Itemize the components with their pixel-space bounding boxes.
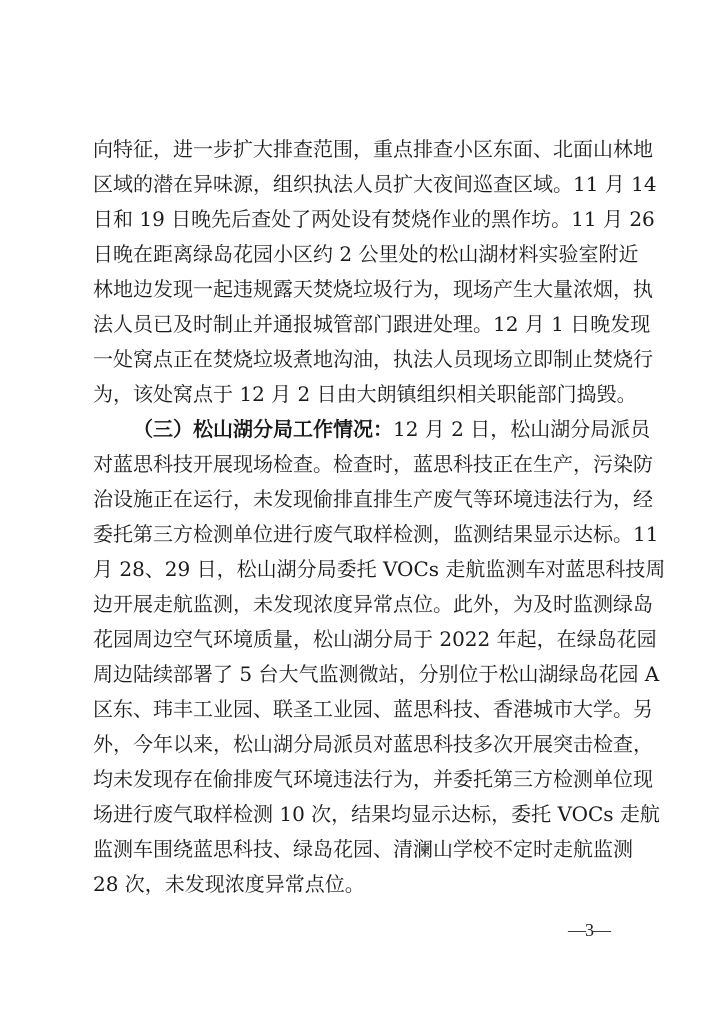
text-line: 日晚在距离绿岛花园小区约 2 公里处的松山湖材料实验室附近 [93, 237, 626, 272]
text-line: 日和 19 日晚先后查处了两处设有焚烧作业的黑作坊。11 月 26 [93, 202, 626, 237]
text-line: 区域的潜在异味源，组织执法人员扩大夜间巡查区域。11 月 14 [93, 167, 626, 202]
page-number: —3— [568, 920, 610, 941]
text-line: 周边陆续部署了 5 台大气监测微站，分别位于松山湖绿岛花园 A [93, 657, 626, 692]
text-line: 区东、玮丰工业园、联圣工业园、蓝思科技、香港城市大学。另 [93, 692, 626, 727]
text-line: 均未发现存在偷排废气环境违法行为，并委托第三方检测单位现 [93, 762, 626, 797]
text-line: 28 次，未发现浓度异常点位。 [93, 867, 626, 902]
text-line: 监测车围绕蓝思科技、绿岛花园、清澜山学校不定时走航监测 [93, 832, 626, 867]
text-line: 林地边发现一起违规露天焚烧垃圾行为，现场产生大量浓烟，执 [93, 272, 626, 307]
body-text: 向特征，进一步扩大排查范围，重点排查小区东面、北面山林地 区域的潜在异味源，组织… [93, 132, 626, 902]
text-line: 向特征，进一步扩大排查范围，重点排查小区东面、北面山林地 [93, 132, 626, 167]
text-line: 花园周边空气环境质量，松山湖分局于 2022 年起，在绿岛花园 [93, 622, 626, 657]
text-line: 对蓝思科技开展现场检查。检查时，蓝思科技正在生产，污染防 [93, 447, 626, 482]
text-line: 法人员已及时制止并通报城管部门跟进处理。12 月 1 日晚发现 [93, 307, 626, 342]
text-line: 外，今年以来，松山湖分局派员对蓝思科技多次开展突击检查， [93, 727, 626, 762]
text-line: 一处窝点正在焚烧垃圾煮地沟油，执法人员现场立即制止焚烧行 [93, 342, 626, 377]
section-heading: （三）松山湖分局工作情况： [133, 417, 393, 441]
section-heading-line: （三）松山湖分局工作情况：12 月 2 日，松山湖分局派员 [93, 412, 626, 447]
text-line: 场进行废气取样检测 10 次，结果均显示达标，委托 VOCs 走航 [93, 797, 626, 832]
text-line: 边开展走航监测，未发现浓度异常点位。此外，为及时监测绿岛 [93, 587, 626, 622]
section-heading-rest: 12 月 2 日，松山湖分局派员 [393, 417, 650, 441]
text-line: 委托第三方检测单位进行废气取样检测，监测结果显示达标。11 [93, 517, 626, 552]
document-page: 向特征，进一步扩大排查范围，重点排查小区东面、北面山林地 区域的潜在异味源，组织… [0, 0, 720, 1018]
text-line: 月 28、29 日，松山湖分局委托 VOCs 走航监测车对蓝思科技周 [93, 552, 626, 587]
text-line: 治设施正在运行，未发现偷排直排生产废气等环境违法行为，经 [93, 482, 626, 517]
text-line: 为，该处窝点于 12 月 2 日由大朗镇组织相关职能部门捣毁。 [93, 377, 626, 412]
